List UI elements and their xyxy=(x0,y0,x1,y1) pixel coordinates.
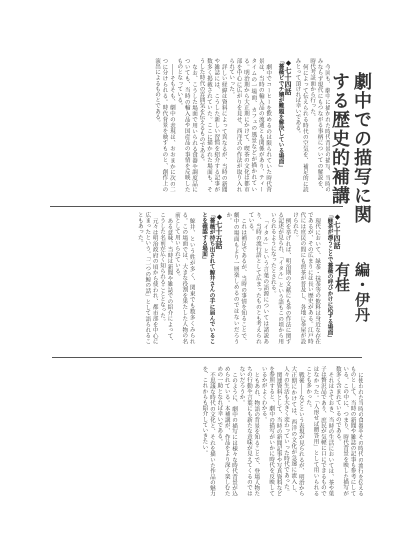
section-caption: 「薔薇ピでチ嬢が難題を解決している場面」 xyxy=(278,58,284,170)
paragraph: ――そもそも、劇中の表現は、おおまかに次の二つに分けられる。時代背景を映すものと… xyxy=(153,58,175,192)
paragraph: ともあれ、物語の背景を知ることで、登場人物たちの行動や言葉にも新たな意味が見えて… xyxy=(237,366,259,496)
section-caption: 「緑茶が漂うことで薔薇の呼びかけに応ずる場面」 xyxy=(327,212,333,341)
paragraph: それはさておき、当時の生活においては、茶や菓子は贅沢品であり、庶民が気軽に口にで… xyxy=(304,366,334,496)
paragraph: 元々は明治政府の頃から使われ、都市部を中心に広まったという。「二つの鯨の話」とし… xyxy=(135,212,157,344)
paragraph: なお、こうした場面で用いられる食器や調度品についても、当時の輸入品や国産品の事情… xyxy=(175,58,197,192)
paragraph: 例を挙げれば、明治期の文献にも茶の作法に関する記述が見られ、「イタル」という語も… xyxy=(268,212,290,344)
paragraph: 何によって伝えられる時代の空気を、補足的に読みとって頂ければ幸いである。 xyxy=(293,58,308,192)
paragraph: 戦後――などという表現が見られるが、明治から大正期にかけては、西洋の文化が急速に… xyxy=(282,366,304,496)
paragraph: これは補足であるが、当時の事情を知ることで、劇中の場面もより一層楽しめるのではな… xyxy=(224,212,246,344)
paragraph: ある意味、当時は新聞や雑誌での紹介によって、こうした名前が広く知られることとなっ… xyxy=(158,212,173,344)
paragraph: 劇中でコーヒーを飲めるのは限られていた時代背景は、当時の輸入品の流通とも関係があ… xyxy=(227,58,271,192)
section-divider xyxy=(52,357,362,358)
page-title: 劇中での描写に関する歴史的補講 xyxy=(350,72,372,242)
author-credit: 編・伊丹 有桂 xyxy=(352,262,372,332)
paragraph: 今回も、劇中に描かれた時代背景の描写、当時のみならず現代にもつながる事柄について… xyxy=(308,58,330,192)
paragraph: 「イタル」という言葉の語源については諸説あり、当時の流行語として広まったものとも… xyxy=(246,212,268,344)
paragraph: このように、劇中の描写には様々な時代背景が込められている。本補講が、作品をより深… xyxy=(215,366,237,496)
episode-label: ◆七十四話 xyxy=(333,212,342,249)
paragraph: 不思議な時代の文化と、それを描いた作品の魅力を、これからも紹介していきたい。 xyxy=(200,366,215,496)
paragraph: 関連資料として、当時の新聞記事や写真資料などを参照すると、劇中の描写がいかに時代… xyxy=(259,366,281,496)
episode-label: ◆七十四話 xyxy=(284,58,293,95)
section-divider xyxy=(50,206,343,207)
paragraph: に使われた当時の食器やその時代の流行を伝えるものとして、当時の新聞や雑誌の記事も… xyxy=(333,366,363,496)
section-header: ◆七十五話 「薔薇が持ち出されて鯨井さんの手に届んでいることを確認する場面」 xyxy=(200,212,223,344)
article-block-top: 今回も、劇中に描かれた時代背景の描写、当時のみならず現代にもつながる事柄について… xyxy=(58,58,330,192)
section-header: ◆七十四話 「薔薇ピでチ嬢が難題を解決している場面」 xyxy=(276,58,292,192)
article-block-bottom: に使われた当時の食器やその時代の流行を伝えるものとして、当時の新聞や雑誌の記事も… xyxy=(85,366,363,496)
paragraph: 現代において、緑茶・抹茶等の飲料は身近な存在であるが、その広まりには長い歴史があ… xyxy=(291,212,321,344)
paragraph: 鯨井、という姓が多く、関東でも数多くみられる。この場面では、大きな役割を果たした… xyxy=(172,212,194,344)
paragraph: 詳しい経緯は資料によって異なるが、当時の新聞や雑誌には、こうした新しい習慣を紹介… xyxy=(197,58,227,192)
section-header: ◆七十四話 「緑茶が漂うことで薔薇の呼びかけに応ずる場面」 xyxy=(325,212,341,344)
episode-label: ◆七十五話 xyxy=(215,212,224,249)
article-block-middle: ◆七十四話 「緑茶が漂うことで薔薇の呼びかけに応ずる場面」 現代において、緑茶・… xyxy=(50,212,342,344)
section-caption: 「薔薇が持ち出されて鯨井さんの手に届んでいることを確認する場面」 xyxy=(201,212,214,344)
